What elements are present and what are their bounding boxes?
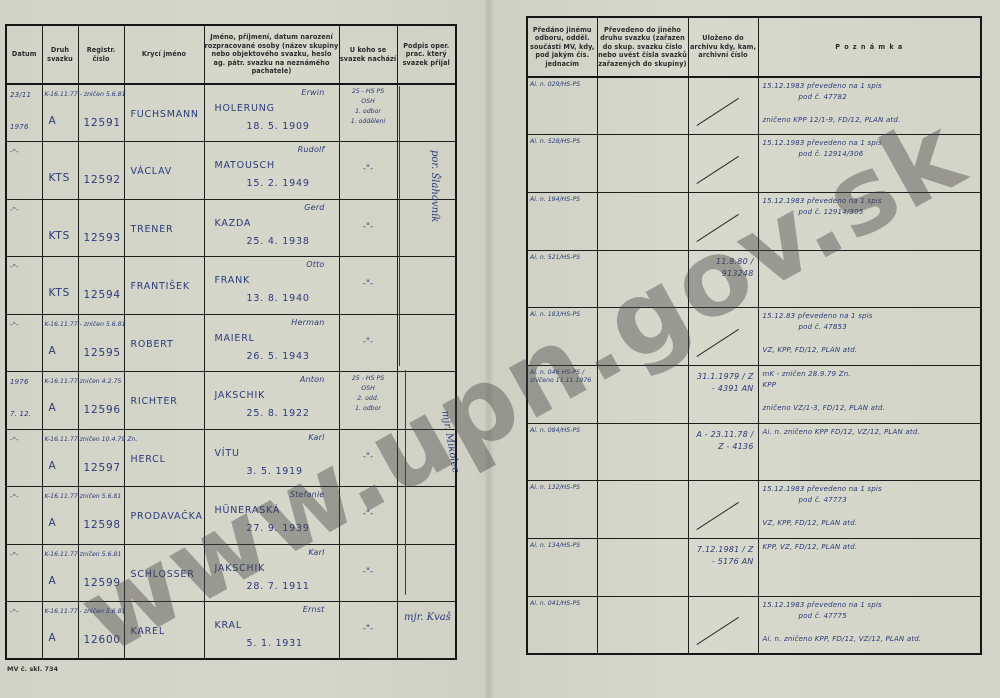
header-datum: Datum xyxy=(6,25,42,84)
cell-datum: -"- xyxy=(6,429,42,487)
cell-ulozeno xyxy=(688,308,758,366)
cell-kryci: KAREL xyxy=(124,602,204,660)
cancel-slash xyxy=(696,156,738,184)
header-prevedeno: Převedeno do jiného druhu svazku (zařaze… xyxy=(597,17,688,77)
cancel-slash xyxy=(696,214,738,242)
cell-datum: 19767. 12. xyxy=(6,372,42,430)
predano: Ai. n. 046 HS-PS / zničeno 11.11.1976 xyxy=(530,369,597,385)
druh: A xyxy=(49,402,57,414)
birth-date: 26. 5. 1943 xyxy=(247,351,310,362)
u-koho-line: 25 - HS PS xyxy=(340,374,397,384)
cell-predano: Ai. n. 528/HS-PS xyxy=(527,135,597,193)
druh: A xyxy=(49,115,57,127)
birth-date: 25. 4. 1938 xyxy=(247,236,310,247)
cell-poznamka: 15.12.1983 převedeno na 1 spispod č. 477… xyxy=(758,481,981,539)
cancel-slash xyxy=(696,98,738,126)
birth-date: 28. 7. 1911 xyxy=(247,581,310,592)
poznamka-line: 15.12.1983 převedeno na 1 spis xyxy=(759,484,981,495)
first-name: Anton xyxy=(300,375,325,384)
cell-datum: -"- xyxy=(6,199,42,257)
cancel-slash xyxy=(696,502,738,530)
datum: -"- xyxy=(10,608,19,616)
header-u-koho: U koho se svazek nachází xyxy=(339,25,397,84)
cell-podpis xyxy=(397,314,456,372)
cell-poznamka: Ai. n. zničeno KPP FD/12, VZ/12, PLAN at… xyxy=(758,423,981,481)
cell-datum: -"- xyxy=(6,314,42,372)
cell-prevedeno xyxy=(597,481,688,539)
datum: -"- xyxy=(10,493,19,501)
poznamka-line: pod č. 47775 xyxy=(759,611,981,622)
cell-kryci: FUCHSMANN xyxy=(124,84,204,142)
cell-druh: K-16.11.77 zničen 5.6.81A xyxy=(42,544,78,602)
predano: Ai. n. 132/HS-PS xyxy=(530,484,597,492)
first-name: Karl xyxy=(308,433,324,442)
cell-osoba: HermanMAIERL26. 5. 1943 xyxy=(204,314,339,372)
u-koho-line: 1. odbor xyxy=(340,404,397,414)
cell-u-koho: 25 - HS PSOSH1. odbor1. oddělení xyxy=(339,84,397,142)
u-koho-line: OSH xyxy=(340,97,397,107)
birth-date: 3. 5. 1919 xyxy=(247,466,303,477)
first-name: Ernst xyxy=(303,605,325,614)
u-koho-line: -"- xyxy=(340,337,397,347)
surname: KAZDA xyxy=(215,218,252,229)
cell-datum: -"- xyxy=(6,487,42,545)
registr-cislo: 12593 xyxy=(84,232,121,244)
cell-prevedeno xyxy=(597,250,688,308)
table-row: Ai. n. 041/HS-PS15.12.1983 převedeno na … xyxy=(527,596,981,654)
cell-druh: K-16.11.77 zničen 5.6.81A xyxy=(42,487,78,545)
poznamka-line: pod č. 12914/305 xyxy=(759,207,981,218)
first-name: Karl xyxy=(308,548,324,557)
poznamka-line: pod č. 47773 xyxy=(759,495,981,506)
table-row: Ai. n. 134/HS-PS7.12.1981 / Z - 5176 ANK… xyxy=(527,539,981,597)
datum-line2: 1976 xyxy=(10,123,29,131)
surname: FRANK xyxy=(215,275,251,286)
cell-prevedeno xyxy=(597,365,688,423)
druh: KTS xyxy=(49,287,71,299)
registry-table-right: Předáno jinému odboru, odděl. součásti M… xyxy=(526,16,982,655)
cell-ulozeno xyxy=(688,596,758,654)
druh-note: K-16.11.77 zničen 5.6.81 xyxy=(45,551,122,558)
poznamka-line: 15.12.1983 převedeno na 1 spis xyxy=(759,81,981,92)
druh-note: K-16.11.77 - zničen 5.6.81 xyxy=(45,608,126,615)
cell-druh: K-16.11.77 - zničen 5.6.81A xyxy=(42,314,78,372)
table-row: Ai. n. 528/HS-PS15.12.1983 převedeno na … xyxy=(527,135,981,193)
table-row: Ai. n. 029/HS-PS15.12.1983 převedeno na … xyxy=(527,77,981,135)
cell-osoba: ErnstKRAL5. 1. 1931 xyxy=(204,602,339,660)
u-koho-lines: -"- xyxy=(340,567,397,602)
table-row: Ai. n. 046 HS-PS / zničeno 11.11.197631.… xyxy=(527,365,981,423)
poznamka-line: zničeno KPP 12/1-9, FD/12, PLAN atd. xyxy=(759,115,981,126)
u-koho-lines: -"- xyxy=(340,222,397,257)
predano: Ai. n. 528/HS-PS xyxy=(530,138,597,146)
cell-prevedeno xyxy=(597,596,688,654)
cell-osoba: ErwinHOLERUNG18. 5. 1909 xyxy=(204,84,339,142)
poznamka-line: 15.12.83 převedeno na 1 spis xyxy=(759,311,981,322)
cell-poznamka: 15.12.1983 převedeno na 1 spispod č. 129… xyxy=(758,135,981,193)
kryci-jmeno: VÁCLAV xyxy=(131,166,173,177)
surname: MATOUSCH xyxy=(215,160,275,171)
predano: Ai. n. 029/HS-PS xyxy=(530,81,597,89)
cell-u-koho: -"- xyxy=(339,199,397,257)
book-gutter xyxy=(485,0,493,698)
cell-poznamka: 15.12.1983 převedeno na 1 spispod č. 477… xyxy=(758,77,981,135)
datum: -"- xyxy=(10,148,19,156)
surname: JAKSCHIK xyxy=(215,390,266,401)
table-row: Ai. n. 521/HS-PS11.8.80 / 913248 xyxy=(527,250,981,308)
predano: Ai. n. 084/HS-PS xyxy=(530,427,597,435)
header-jmeno-prijmeni: Jméno, příjmení, datum narození rozpraco… xyxy=(204,25,339,84)
surname: JAKSCHIK xyxy=(215,563,266,574)
ulozeno: 7.12.1981 / Z - 5176 AN xyxy=(694,544,754,568)
registr-cislo: 12599 xyxy=(84,577,121,589)
druh: A xyxy=(49,460,57,472)
predano: Ai. n. 194/HS-PS xyxy=(530,196,597,204)
u-koho-lines: -"- xyxy=(340,452,397,487)
birth-date: 13. 8. 1940 xyxy=(247,293,310,304)
cell-druh: KTS xyxy=(42,142,78,200)
table-row: -"-K-16.11.77 - zničen 5.6.81A12600KAREL… xyxy=(6,602,456,660)
u-koho-line: -"- xyxy=(340,452,397,462)
cell-u-koho: -"- xyxy=(339,544,397,602)
cell-prevedeno xyxy=(597,539,688,597)
cell-podpis xyxy=(397,142,456,200)
cell-datum: -"- xyxy=(6,602,42,660)
cell-druh: K-16.11.77 - zničen 5.6.81A xyxy=(42,602,78,660)
signature-brace-bottom xyxy=(405,370,406,595)
u-koho-lines: -"- xyxy=(340,624,397,659)
table-row: 23/111976K-16.11.77 - zničen 5.6.81A1259… xyxy=(6,84,456,142)
cell-kryci: VÁCLAV xyxy=(124,142,204,200)
cell-druh: KTS xyxy=(42,199,78,257)
first-name: Erwin xyxy=(301,88,324,97)
table-row: -"-K-16.11.77 zničen 5.6.81A12599SCHLOSS… xyxy=(6,544,456,602)
u-koho-lines: -"- xyxy=(340,279,397,314)
cell-druh: K-16.11.77 zničen 4.2.75A xyxy=(42,372,78,430)
table-row: 19767. 12.K-16.11.77 zničen 4.2.75A12596… xyxy=(6,372,456,430)
registr-cislo: 12591 xyxy=(84,117,121,129)
cell-datum: -"- xyxy=(6,544,42,602)
first-name: Gerd xyxy=(304,203,324,212)
registr-cislo: 12598 xyxy=(84,519,121,531)
cell-predano: Ai. n. 132/HS-PS xyxy=(527,481,597,539)
cell-kryci: SCHLOSSER xyxy=(124,544,204,602)
cell-poznamka xyxy=(758,250,981,308)
poznamka-line: VZ, KPP, FD/12, PLAN atd. xyxy=(759,345,981,356)
poznamka-line: pod č. 12914/306 xyxy=(759,149,981,160)
table-row: Ai. n. 084/HS-PSA - 23.11.78 / Z - 4136A… xyxy=(527,423,981,481)
ulozeno: 31.1.1979 / Z - 4391 AN xyxy=(694,371,754,395)
poznamka-line: Ai. n. zničeno KPP, FD/12, VZ/12, PLAN a… xyxy=(759,634,981,645)
cell-ulozeno xyxy=(688,135,758,193)
cell-podpis xyxy=(397,84,456,142)
cell-osoba: StefanieHÜNERASKÁ27. 9. 1939 xyxy=(204,487,339,545)
datum: -"- xyxy=(10,436,19,444)
cell-registr: 12593 xyxy=(78,199,124,257)
kryci-jmeno: SCHLOSSER xyxy=(131,569,195,580)
predano: Ai. n. 521/HS-PS xyxy=(530,254,597,262)
datum: -"- xyxy=(10,551,19,559)
poznamka-lines: 15.12.1983 převedeno na 1 spispod č. 477… xyxy=(759,600,981,654)
header-poznamka: P o z n á m k a xyxy=(758,17,981,77)
u-koho-line: 1. odbor xyxy=(340,107,397,117)
first-name: Stefanie xyxy=(290,490,325,499)
surname: HÜNERASKÁ xyxy=(215,505,281,516)
u-koho-line: 25 - HS PS xyxy=(340,87,397,97)
birth-date: 5. 1. 1931 xyxy=(247,638,303,649)
cell-predano: Ai. n. 521/HS-PS xyxy=(527,250,597,308)
poznamka-line: pod č. 47853 xyxy=(759,322,981,333)
u-koho-line: 1. oddělení xyxy=(340,117,397,127)
cell-osoba: GerdKAZDA25. 4. 1938 xyxy=(204,199,339,257)
header-podpis: Podpis oper. prac. který svazek přijal xyxy=(397,25,456,84)
cell-datum: -"- xyxy=(6,142,42,200)
poznamka-lines: KPP, VZ, FD/12, PLAN atd. xyxy=(759,542,981,596)
registr-cislo: 12594 xyxy=(84,289,121,301)
u-koho-lines: -"- xyxy=(340,337,397,372)
kryci-jmeno: FRANTIŠEK xyxy=(131,281,190,292)
poznamka-line: zničeno VZ/1-3, FD/12, PLAN atd. xyxy=(759,403,981,414)
cell-datum: -"- xyxy=(6,257,42,315)
kryci-jmeno: HERCL xyxy=(131,454,166,465)
u-koho-lines: -"- xyxy=(340,164,397,199)
first-name: Otto xyxy=(306,260,324,269)
table-row: Ai. n. 194/HS-PS15.12.1983 převedeno na … xyxy=(527,192,981,250)
registr-cislo: 12597 xyxy=(84,462,121,474)
ulozeno: 11.8.80 / 913248 xyxy=(694,256,754,280)
u-koho-line: 2. odd. xyxy=(340,394,397,404)
cell-osoba: RudolfMATOUSCH15. 2. 1949 xyxy=(204,142,339,200)
cell-kryci: FRANTIŠEK xyxy=(124,257,204,315)
kryci-jmeno: ROBERT xyxy=(131,339,174,350)
kryci-jmeno: PRODAVAČKA xyxy=(131,511,203,522)
birth-date: 25. 8. 1922 xyxy=(247,408,310,419)
cell-poznamka: 15.12.1983 převedeno na 1 spispod č. 129… xyxy=(758,192,981,250)
poznamka-lines xyxy=(759,251,981,308)
u-koho-line: -"- xyxy=(340,164,397,174)
cell-poznamka: 15.12.1983 převedeno na 1 spispod č. 477… xyxy=(758,596,981,654)
datum: -"- xyxy=(10,321,19,329)
druh-note: K-16.11.77 zničen 4.2.75 xyxy=(45,378,122,385)
cell-prevedeno xyxy=(597,77,688,135)
cell-predano: Ai. n. 041/HS-PS xyxy=(527,596,597,654)
cell-osoba: KarlJAKSCHIK28. 7. 1911 xyxy=(204,544,339,602)
u-koho-line: -"- xyxy=(340,279,397,289)
cell-registr: 12592 xyxy=(78,142,124,200)
cell-kryci: PRODAVAČKA xyxy=(124,487,204,545)
cell-kryci: TRENER xyxy=(124,199,204,257)
registr-cislo: 12592 xyxy=(84,174,121,186)
signature-slahovnik: por. Šlahovník xyxy=(429,150,440,222)
druh: KTS xyxy=(49,230,71,242)
table-row: Ai. n. 132/HS-PS15.12.1983 převedeno na … xyxy=(527,481,981,539)
u-koho-line: -"- xyxy=(340,509,397,519)
table-row: -"-K-16.11.77 - zničen 5.6.81A12595ROBER… xyxy=(6,314,456,372)
u-koho-line: -"- xyxy=(340,222,397,232)
cell-predano: Ai. n. 029/HS-PS xyxy=(527,77,597,135)
cell-datum: 23/111976 xyxy=(6,84,42,142)
cell-u-koho: -"- xyxy=(339,314,397,372)
poznamka-line: 15.12.1983 převedeno na 1 spis xyxy=(759,196,981,207)
druh: A xyxy=(49,632,57,644)
cell-ulozeno xyxy=(688,192,758,250)
cell-ulozeno xyxy=(688,481,758,539)
u-koho-lines: 25 - HS PSOSH2. odd.1. odbor xyxy=(340,374,397,429)
cell-ulozeno xyxy=(688,77,758,135)
cell-registr: 12594 xyxy=(78,257,124,315)
poznamka-lines: 15.12.1983 převedeno na 1 spispod č. 129… xyxy=(759,196,981,250)
poznamka-line: Ai. n. zničeno KPP FD/12, VZ/12, PLAN at… xyxy=(759,427,981,438)
cell-podpis xyxy=(397,602,456,660)
cell-u-koho: 25 - HS PSOSH2. odd.1. odbor xyxy=(339,372,397,430)
surname: VÍTU xyxy=(215,448,240,459)
cell-osoba: OttoFRANK13. 8. 1940 xyxy=(204,257,339,315)
cell-prevedeno xyxy=(597,135,688,193)
u-koho-line: OSH xyxy=(340,384,397,394)
druh: A xyxy=(49,517,57,529)
poznamka-line: KPP xyxy=(759,380,981,391)
cancel-slash xyxy=(696,617,738,645)
poznamka-lines: 15.12.1983 převedeno na 1 spispod č. 477… xyxy=(759,484,981,538)
poznamka-lines: mK - zničen 28.9.79 Zn.KPPzničeno VZ/1-3… xyxy=(759,369,981,423)
cell-u-koho: -"- xyxy=(339,257,397,315)
cell-osoba: KarlVÍTU3. 5. 1919 xyxy=(204,429,339,487)
cell-prevedeno xyxy=(597,423,688,481)
cell-u-koho: -"- xyxy=(339,602,397,660)
cell-poznamka: 15.12.83 převedeno na 1 spispod č. 47853… xyxy=(758,308,981,366)
table-row: -"-KTS12593TRENERGerdKAZDA25. 4. 1938-"- xyxy=(6,199,456,257)
cell-predano: Ai. n. 134/HS-PS xyxy=(527,539,597,597)
predano: Ai. n. 041/HS-PS xyxy=(530,600,597,608)
cell-druh: KTS xyxy=(42,257,78,315)
poznamka-lines: 15.12.1983 převedeno na 1 spispod č. 477… xyxy=(759,81,981,135)
cell-predano: Ai. n. 046 HS-PS / zničeno 11.11.1976 xyxy=(527,365,597,423)
birth-date: 18. 5. 1909 xyxy=(247,121,310,132)
cell-podpis xyxy=(397,257,456,315)
cell-poznamka: mK - zničen 28.9.79 Zn.KPPzničeno VZ/1-3… xyxy=(758,365,981,423)
cell-predano: Ai. n. 183/HS-PS xyxy=(527,308,597,366)
druh-note: K-16.11.77 zničen 5.6.81 xyxy=(45,493,122,500)
datum: 1976 xyxy=(10,378,29,386)
header-registr-cislo: Registr. číslo xyxy=(78,25,124,84)
poznamka-lines: 15.12.83 převedeno na 1 spispod č. 47853… xyxy=(759,311,981,365)
birth-date: 27. 9. 1939 xyxy=(247,523,310,534)
poznamka-line: VZ, KPP, FD/12, PLAN atd. xyxy=(759,518,981,529)
cell-prevedeno xyxy=(597,192,688,250)
cell-ulozeno: 11.8.80 / 913248 xyxy=(688,250,758,308)
predano: Ai. n. 134/HS-PS xyxy=(530,542,597,550)
cell-osoba: AntonJAKSCHIK25. 8. 1922 xyxy=(204,372,339,430)
form-code: MV č. skl. 734 xyxy=(7,665,58,673)
header-kryci-jmeno: Krycí jméno xyxy=(124,25,204,84)
table-row: -"-KTS12594FRANTIŠEKOttoFRANK13. 8. 1940… xyxy=(6,257,456,315)
registr-cislo: 12600 xyxy=(84,634,121,646)
cell-ulozeno: 7.12.1981 / Z - 5176 AN xyxy=(688,539,758,597)
poznamka-lines: 15.12.1983 převedeno na 1 spispod č. 129… xyxy=(759,138,981,192)
table-row: Ai. n. 183/HS-PS15.12.83 převedeno na 1 … xyxy=(527,308,981,366)
kryci-jmeno: TRENER xyxy=(131,224,174,235)
signature-kvas: mjr. Kvaš xyxy=(404,612,451,623)
cell-u-koho: -"- xyxy=(339,487,397,545)
poznamka-line: KPP, VZ, FD/12, PLAN atd. xyxy=(759,542,981,553)
poznamka-line: pod č. 47782 xyxy=(759,92,981,103)
header-druh-svazku: Druh svazku xyxy=(42,25,78,84)
header-ulozeno: Uloženo do archivu kdy, kam, archivní čí… xyxy=(688,17,758,77)
datum: -"- xyxy=(10,206,19,214)
datum: 23/11 xyxy=(10,91,31,99)
registry-table-left: Datum Druh svazku Registr. číslo Krycí j… xyxy=(5,24,457,660)
kryci-jmeno: RICHTER xyxy=(131,396,178,407)
surname: KRAL xyxy=(215,620,242,631)
poznamka-line: 15.12.1983 převedeno na 1 spis xyxy=(759,138,981,149)
druh: A xyxy=(49,345,57,357)
cell-druh: K-16.11.77 zničen 10.4.79 Zn.A xyxy=(42,429,78,487)
u-koho-lines: 25 - HS PSOSH1. odbor1. oddělení xyxy=(340,87,397,142)
registr-cislo: 12596 xyxy=(84,404,121,416)
kryci-jmeno: FUCHSMANN xyxy=(131,109,199,120)
poznamka-line: mK - zničen 28.9.79 Zn. xyxy=(759,369,981,380)
cell-kryci: RICHTER xyxy=(124,372,204,430)
u-koho-line: -"- xyxy=(340,624,397,634)
cell-u-koho: -"- xyxy=(339,429,397,487)
cell-predano: Ai. n. 194/HS-PS xyxy=(527,192,597,250)
table-row: -"-K-16.11.77 zničen 5.6.81A12598PRODAVA… xyxy=(6,487,456,545)
header-predano: Předáno jinému odboru, odděl. součásti M… xyxy=(527,17,597,77)
first-name: Rudolf xyxy=(298,145,325,154)
cell-prevedeno xyxy=(597,308,688,366)
u-koho-lines: -"- xyxy=(340,509,397,544)
table-row: -"-K-16.11.77 zničen 10.4.79 Zn.A12597HE… xyxy=(6,429,456,487)
cancel-slash xyxy=(696,329,738,357)
cell-podpis xyxy=(397,199,456,257)
table-row: -"-KTS12592VÁCLAVRudolfMATOUSCH15. 2. 19… xyxy=(6,142,456,200)
cell-ulozeno: 31.1.1979 / Z - 4391 AN xyxy=(688,365,758,423)
cell-kryci: ROBERT xyxy=(124,314,204,372)
druh: KTS xyxy=(49,172,71,184)
predano: Ai. n. 183/HS-PS xyxy=(530,311,597,319)
datum: -"- xyxy=(10,263,19,271)
ulozeno: A - 23.11.78 / Z - 4136 xyxy=(694,429,754,453)
birth-date: 15. 2. 1949 xyxy=(247,178,310,189)
cell-druh: K-16.11.77 - zničen 5.6.81A xyxy=(42,84,78,142)
surname: MAIERL xyxy=(215,333,255,344)
poznamka-line: 15.12.1983 převedeno na 1 spis xyxy=(759,600,981,611)
datum-line2: 7. 12. xyxy=(10,410,31,418)
surname: HOLERUNG xyxy=(215,103,275,114)
first-name: Herman xyxy=(291,318,324,327)
druh-note: K-16.11.77 zničen 10.4.79 Zn. xyxy=(45,436,138,443)
cell-ulozeno: A - 23.11.78 / Z - 4136 xyxy=(688,423,758,481)
kryci-jmeno: KAREL xyxy=(131,626,165,637)
signature-brace-top xyxy=(399,86,400,366)
druh-note: K-16.11.77 - zničen 5.6.81 xyxy=(45,321,126,328)
cell-predano: Ai. n. 084/HS-PS xyxy=(527,423,597,481)
poznamka-lines: Ai. n. zničeno KPP FD/12, VZ/12, PLAN at… xyxy=(759,427,981,481)
cell-poznamka: KPP, VZ, FD/12, PLAN atd. xyxy=(758,539,981,597)
registr-cislo: 12595 xyxy=(84,347,121,359)
druh: A xyxy=(49,575,57,587)
u-koho-line: -"- xyxy=(340,567,397,577)
cell-u-koho: -"- xyxy=(339,142,397,200)
druh-note: K-16.11.77 - zničen 5.6.81 xyxy=(45,91,126,98)
